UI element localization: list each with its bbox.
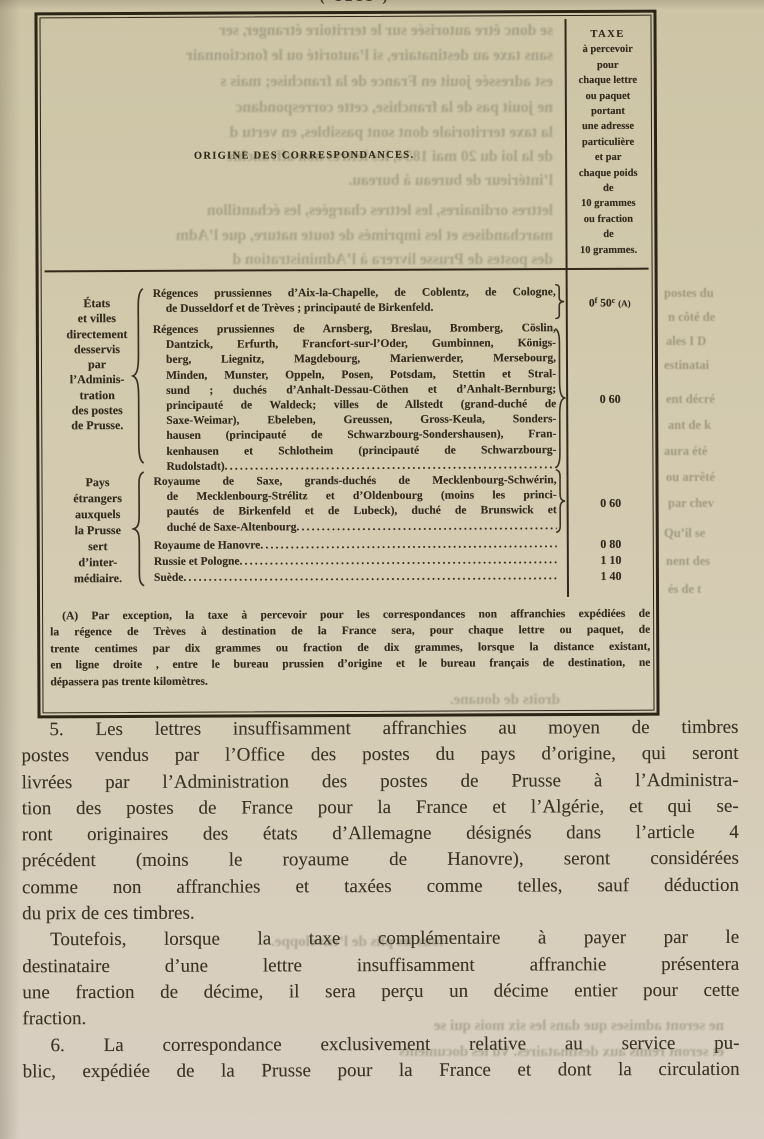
body-line: comme non affranchies et taxées comme te… [22,873,739,902]
dot-leader: ........................................… [239,554,556,568]
origin-column-header: ORIGINE DES CORRESPONDANCES. [44,149,564,162]
entry-line: Royaume de Hanovre......................… [154,537,557,554]
tax-header-line: particulière [566,135,650,151]
rate-centimes-sup: c [612,296,616,305]
body-line: précédent (moins le royaume de Hanovre),… [22,846,739,875]
rate-value: 1 40 [568,569,654,584]
rate-value: 0 80 [568,537,654,552]
rate-value: 0 60 [567,392,653,407]
table-row: Royaume de Hanovre......................… [154,537,557,554]
table-row: Régences prussiennes d’Aix-la-Chapelle, … [153,285,556,317]
tax-header-line: TAXE [566,27,650,43]
entry-line: duché de Saxe-Altenbourg................… [154,519,557,536]
entry-line: berg, Liegnitz, Magdebourg, Marienwerder… [153,351,556,368]
body-line: destinataire d’une lettre insuffisamment… [22,951,739,980]
entry-line: Minden, Munster, Oppeln, Posen, Potsdam,… [153,367,556,384]
entry-line: Royaume de Saxe, grands-duchés de Meckle… [153,473,556,490]
tax-header-line: ou paquet [566,88,650,104]
body-line: du prix de ces timbres. [22,899,739,928]
margin-fragment: ou arrêté [666,470,764,485]
entry-text: Russie et Pologne [154,555,240,567]
entry-line: Régences prussiennes d’Aix-la-Chapelle, … [153,285,556,302]
entry-line: sund ; duchés d’Anhalt-Dessau-Cöthen et … [153,382,556,399]
tax-header-line: chaque lettre [566,73,650,89]
entry-line: principauté de Waldeck; villes de Allste… [153,397,556,414]
table-row: Royaume de Saxe, grands-duchés de Meckle… [153,473,556,536]
entry-line: Suède...................................… [154,569,557,586]
dot-leader: ........................................… [296,519,556,533]
tax-header-line: 10 grammes [566,196,650,212]
left-curly-brace-icon [131,471,147,587]
margin-fragment: ant de k [668,418,764,433]
table-row: Suède...................................… [154,569,557,586]
margin-fragment: aura été [664,444,762,459]
entry-line: de Mecklenbourg-Strélitz et d’Oldenbourg… [154,488,557,505]
entry-line: hausen (principauté de Schwarzbourg-Sond… [153,428,556,445]
margin-fragment: n côté de [668,310,764,325]
body-line: tion des postes de France pour la France… [22,794,739,823]
entry-line: Rudolstadt).............................… [153,458,556,475]
footnote-line: en ligne droite , entre le bureau prussi… [50,655,650,674]
left-curly-brace-icon [131,287,147,465]
tax-header-line: chaque poids [566,165,650,181]
tax-header-line: à percevoir [566,42,650,58]
margin-fragment: Qu’il se [664,526,762,541]
entry-line: pautés de Birkenfeld et de Lubeck), duch… [154,503,557,520]
entry-text: duché de Saxe-Altenbourg [167,521,297,534]
entry-line: Saxe-Weimar), Ebeleben, Greussen, Gross-… [153,412,556,429]
page-number: ( 1211 ) [280,0,430,6]
tax-header-line: de [566,227,650,243]
table-row: Régences prussiennes de Arnsberg, Bresla… [153,321,557,475]
body-line: postes vendus par l’Office des postes du… [21,741,738,770]
rate-francs-sup: f [595,296,598,305]
dot-leader: ........................................… [260,538,557,552]
body-line: fraction. [22,1004,739,1033]
rate-centimes: 50 [600,297,612,309]
tax-header-line: pour [566,57,650,73]
footnote-line: dépassera pas trente kilomètres. [50,671,650,690]
entry-text: Suède [154,572,183,584]
entry-text: Royaume de Hanovre [154,539,261,551]
footnote-marker: (A) [618,298,631,308]
body-text: 5. Les lettres insuffisamment affranchie… [21,715,739,1086]
tax-header-line: portant [566,104,650,120]
margin-fragment: nent des [666,554,764,569]
entry-line: de Dusseldorf et de Trèves ; principauté… [153,300,556,317]
tax-header-line: ou fraction [566,212,650,228]
body-line: une fraction de décime, il sera perçu un… [22,978,739,1007]
dot-leader: ........................................… [183,570,557,584]
entry-text: Rudolstadt) [166,460,224,472]
page-number-clip: ( 1211 ) [280,0,430,8]
margin-fragment: estinatai [664,358,762,373]
tax-header-line: et par [566,150,650,166]
entry-line: Régences prussiennes de Arnsberg, Bresla… [153,321,556,338]
margin-fragment: par chev [668,496,764,511]
rate-value: 0f 50c (A) [567,296,653,310]
postal-rate-table: ORIGINE DES CORRESPONDANCES. TAXE à perc… [34,10,659,719]
tax-header-line: de [566,181,650,197]
tax-header-line: une adresse [566,119,650,135]
margin-fragment: ales I D [666,334,764,349]
dot-leader: ........................................… [225,459,557,473]
table-footnote: (A) Par exception, la taxe à percevoir p… [50,606,650,691]
tax-header-line: 10 grammes. [566,242,650,258]
body-line: ront originaires des états d’Allemagne d… [22,820,739,849]
body-line: livrées par l’Administration des postes … [22,767,739,796]
body-line: 5. Les lettres insuffisamment affranchie… [21,715,738,744]
entry-line: Dantzick, Erfurth, Francfort-sur-l’Oder,… [153,336,556,353]
table-row: Russie et Pologne.......................… [154,553,557,570]
entry-line: kenhausen et Schlotheim (principauté de … [153,443,556,460]
body-line: Toutefois, lorsque la taxe complémentair… [22,925,739,954]
entry-line: Russie et Pologne.......................… [154,553,557,570]
rate-value: 1 10 [568,553,654,568]
scanned-page: ( 1211 ) se donc être autorisée sur le t… [0,0,764,1139]
margin-fragment: és de t [668,582,764,597]
margin-fragment: postes du [664,286,762,301]
rate-value: 0 60 [568,496,654,511]
margin-fragment: ent décré [666,392,764,407]
body-line: 6. La correspondance exclusivement relat… [22,1030,739,1059]
tax-column-header: TAXE à percevoir pour chaque lettre ou p… [566,27,651,258]
body-line: blic, expédiée de la Prusse pour la Fran… [23,1057,740,1086]
